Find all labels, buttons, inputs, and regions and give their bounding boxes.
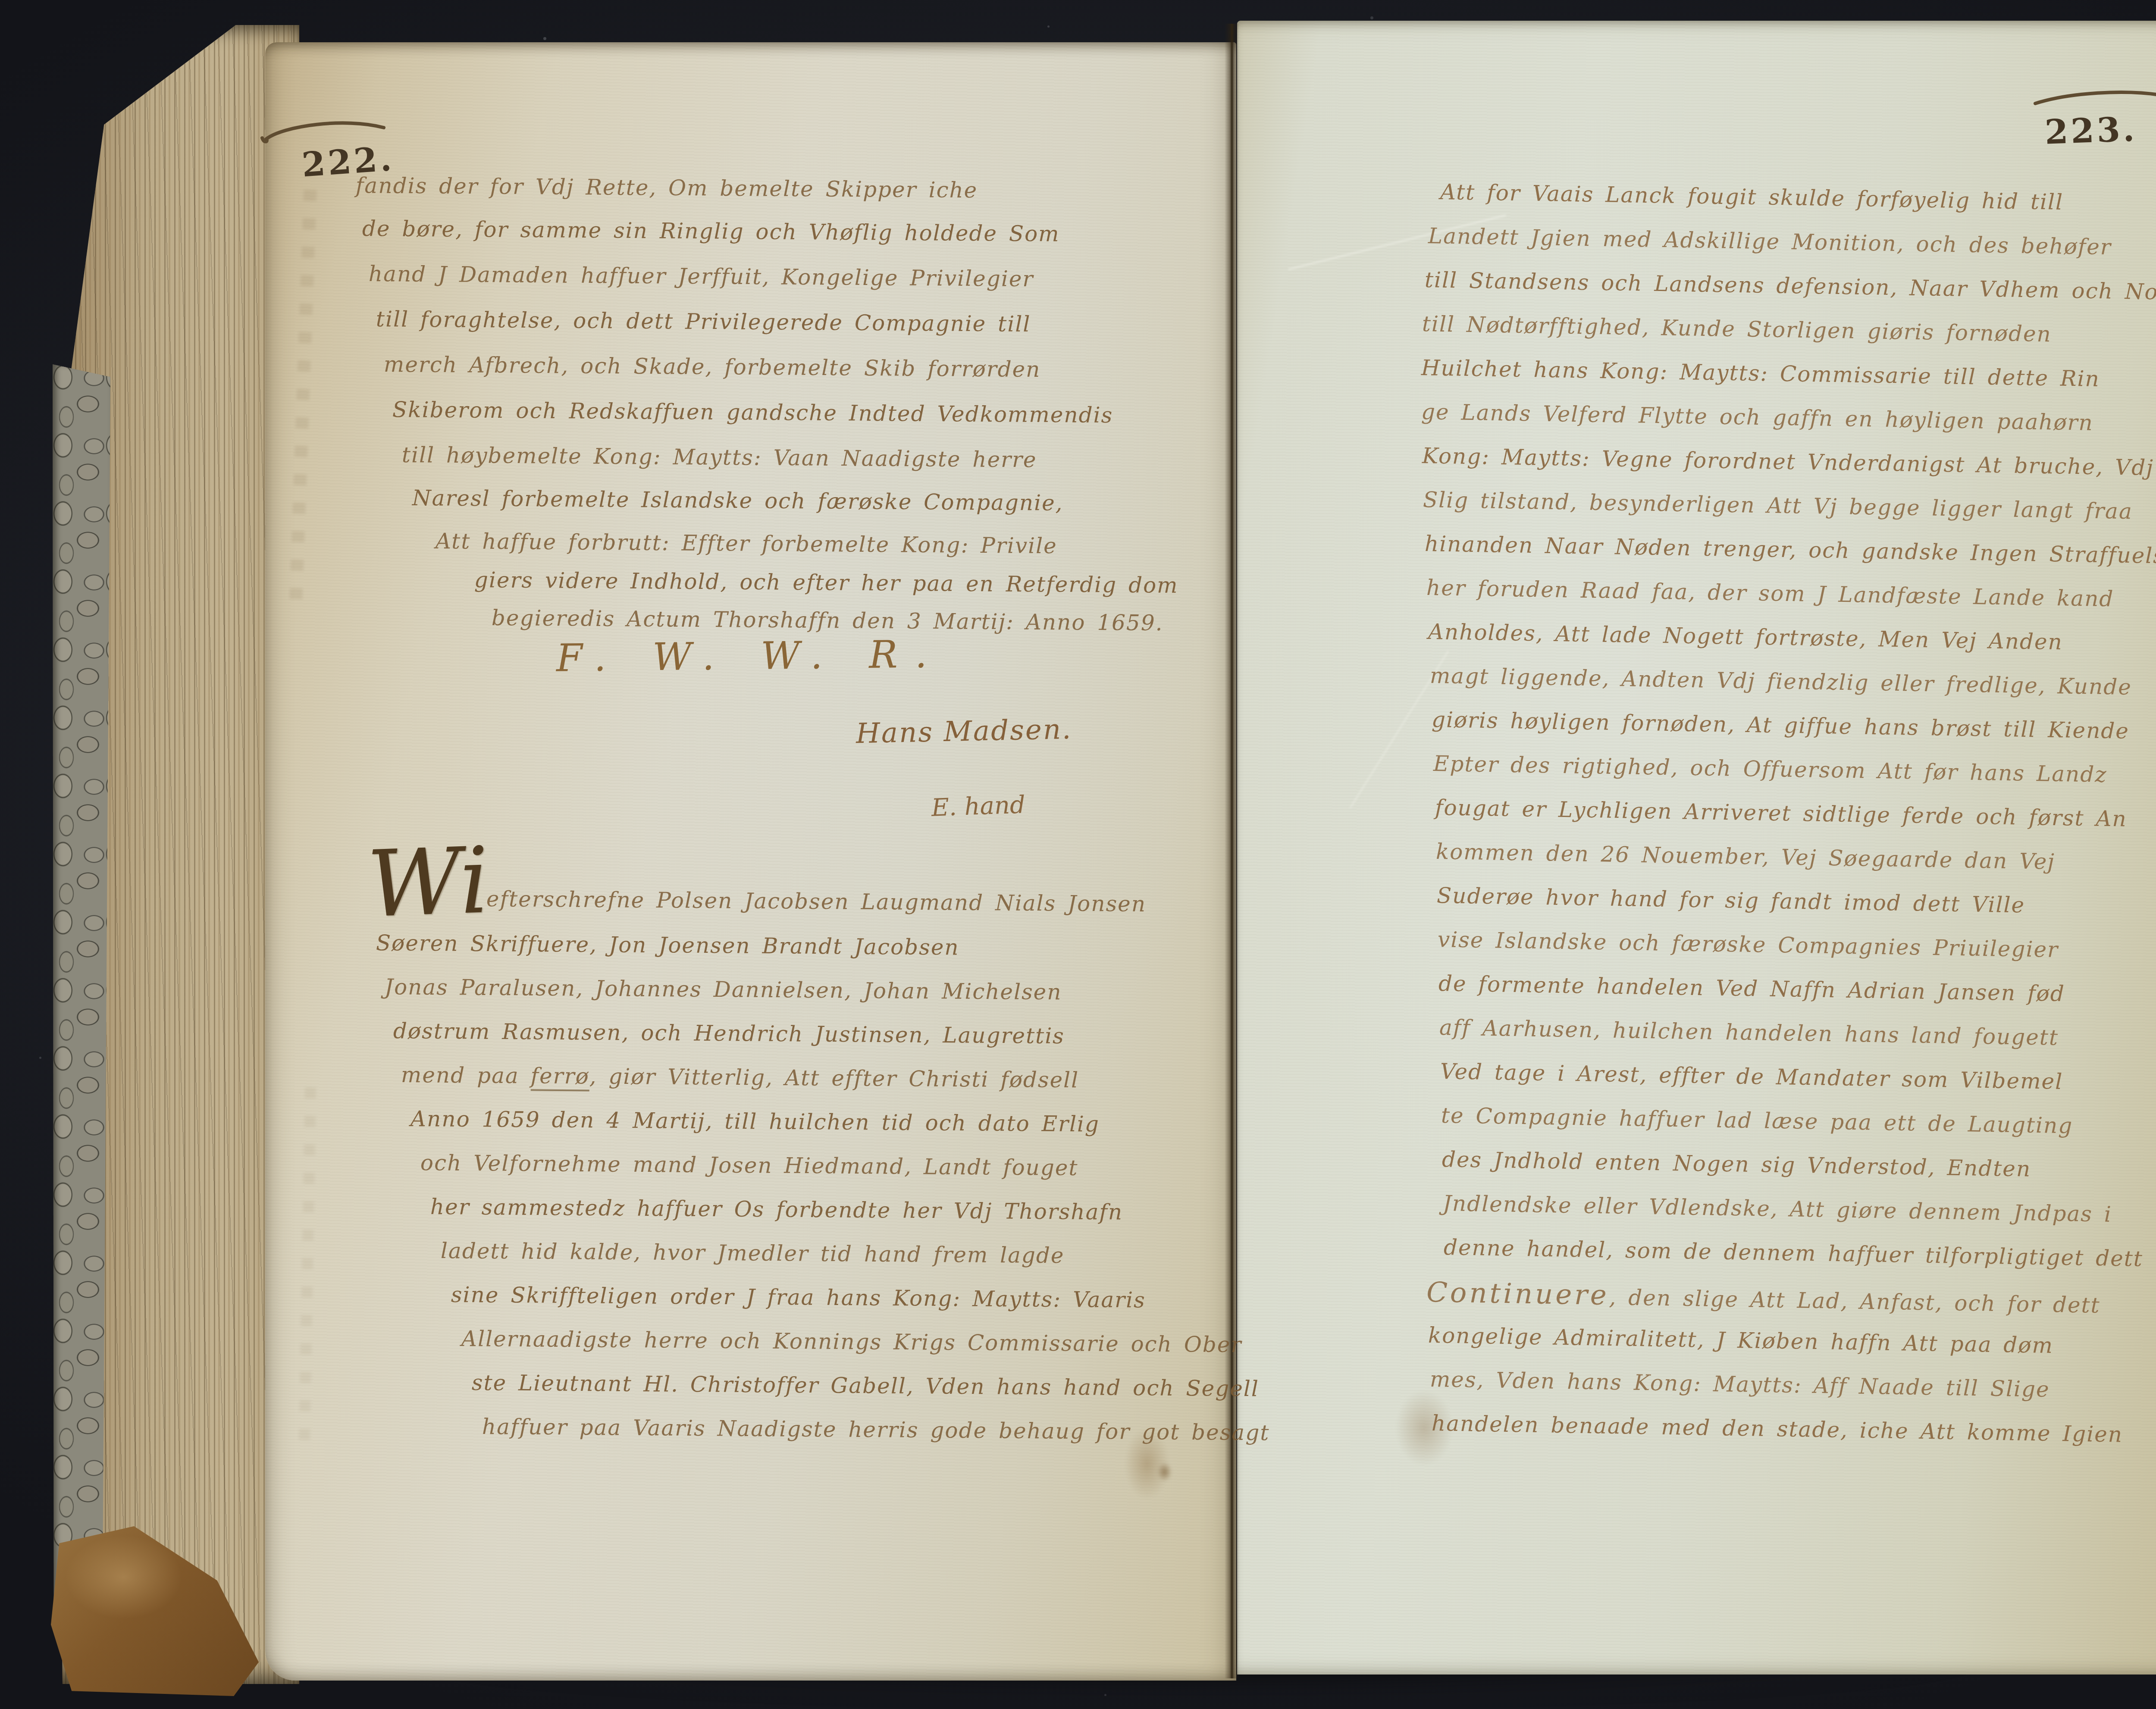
handwriting-line: haffuer paa Vaaris Naadigste herris gode… — [482, 1416, 1270, 1443]
handwriting-line-ferre: mend paa ferrø, giør Vitterlig, Att efft… — [401, 1064, 1079, 1091]
handwriting-line: Anno 1659 den 4 Martij, till huilchen ti… — [411, 1108, 1100, 1135]
date-line: begieredis Actum Thorshaffn den 3 Martij… — [492, 607, 1163, 634]
handwriting-line: giers videre Indhold, och efter her paa … — [474, 569, 1178, 596]
handwriting-line: Att haffue forbrutt: Effter forbemelte K… — [436, 530, 1057, 557]
signature-hans-madsen: Hans Madsen. — [856, 714, 1072, 750]
handwriting-line: Jonas Paralusen, Johannes Dannielsen, Jo… — [385, 976, 1062, 1003]
signature-own-hand: E. hand — [931, 791, 1026, 822]
handwriting-line: døstrum Rasmusen, och Hendrich Justinsen… — [393, 1020, 1065, 1047]
handwriting-line: till foraghtelse, och dett Privilegerede… — [376, 308, 1031, 335]
handwriting-line: efterschrefne Polsen Jacobsen Laugmand N… — [486, 888, 1146, 915]
ink-stain — [1157, 1462, 1172, 1481]
handwriting-line: och Velfornehme mand Josen Hiedmand, Lan… — [420, 1152, 1078, 1179]
handwriting-line: fandis der for Vdj Rette, Om bemelte Ski… — [356, 175, 978, 201]
ferre-line-post: , giør Vitterlig, Att effter Christi fød… — [589, 1064, 1079, 1092]
handwriting-line: her sammestedz haffuer Os forbendte her … — [430, 1196, 1123, 1223]
continuere-word: Continuere — [1426, 1277, 1609, 1311]
handwriting-line: merch Afbrech, och Skade, forbemelte Ski… — [384, 354, 1041, 380]
manuscript-photo: 222. 223. fandis der for Vdj Rette, Om b… — [0, 0, 2156, 1709]
handwriting-line: Allernaadigste herre och Konnings Krigs … — [461, 1328, 1242, 1355]
ferre-underlined-word: ferrø — [530, 1063, 589, 1091]
handwriting-line: Skiberom och Redskaffuen gandsche Indted… — [392, 399, 1113, 426]
ferre-line-pre: mend paa — [401, 1062, 531, 1088]
paragraph-initial-wi: Wi — [366, 839, 490, 926]
initials-line: F. W. W. R. — [556, 632, 944, 680]
handwriting-line: Søeren Skriffuere, Jon Joensen Brandt Ja… — [376, 932, 959, 958]
handwriting-line: de børe, for samme sin Ringlig och Vhøfl… — [362, 218, 1060, 245]
marbled-cover-edge-left — [53, 364, 110, 1625]
flourish-line-right — [2032, 84, 2156, 114]
dust-specks — [0, 0, 1, 1]
handwriting-line: hand J Damaden haffuer Jerffuit, Kongeli… — [369, 263, 1034, 290]
handwriting-line: ste Lieutnant Hl. Christoffer Gabell, Vd… — [472, 1372, 1259, 1399]
right-page-number: 223. — [2044, 110, 2137, 152]
handwriting-line: Naresl forbemelte Islandske och færøske … — [412, 487, 1063, 514]
handwriting-line: ladett hid kalde, hvor Jmedler tid hand … — [441, 1240, 1065, 1266]
handwriting-line: sine Skriffteligen order J fraa hans Kon… — [451, 1284, 1146, 1311]
handwriting-line: till høybemelte Kong: Maytts: Vaan Naadi… — [402, 444, 1037, 471]
